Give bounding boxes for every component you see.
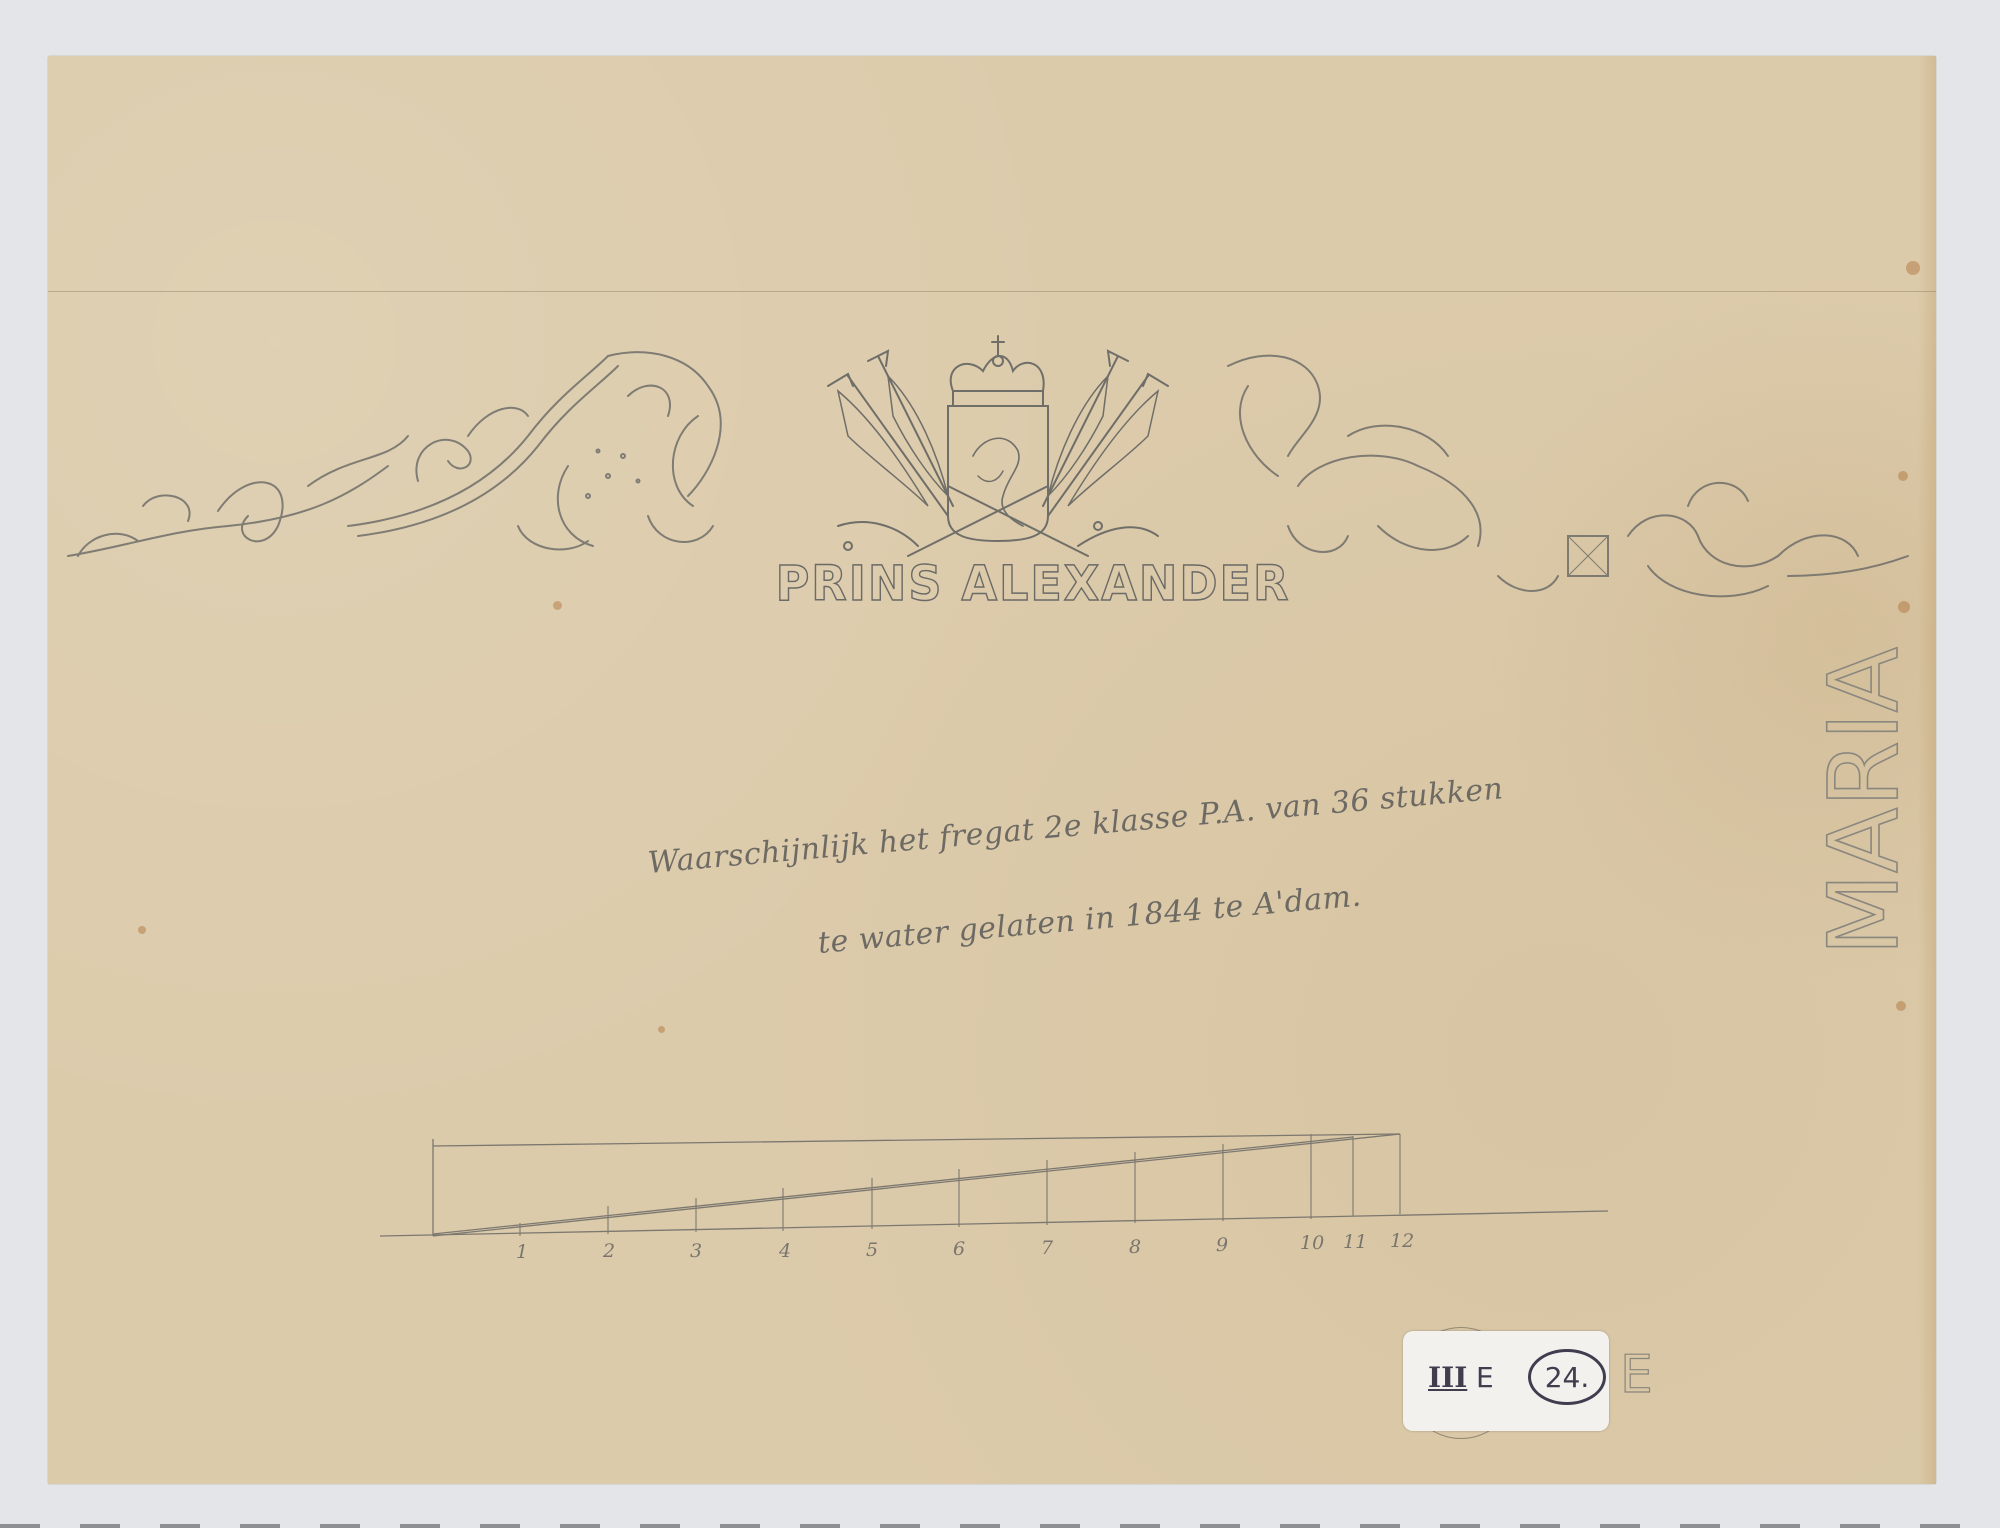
ruler-mark <box>80 1524 120 1528</box>
ruler-mark <box>480 1524 520 1528</box>
margin-scribble: MARIA <box>1808 647 1920 956</box>
ruler-mark <box>1360 1524 1400 1528</box>
ruler-mark <box>720 1524 760 1528</box>
scale-tick-label: 4 <box>779 1240 791 1262</box>
scale-tick-label: 2 <box>603 1240 615 1262</box>
ruler-mark <box>400 1524 440 1528</box>
ruler-mark <box>320 1524 360 1528</box>
left-scrollwork-icon <box>68 352 721 556</box>
ruler-mark <box>1200 1524 1240 1528</box>
ruler-mark <box>0 1524 40 1528</box>
ruler-mark <box>800 1524 840 1528</box>
ship-name-title: PRINS ALEXANDER <box>738 555 1328 612</box>
scale-tick-label: 12 <box>1390 1230 1414 1252</box>
ruler-mark <box>960 1524 1000 1528</box>
ruler-mark <box>160 1524 200 1528</box>
scan-ruler-marks <box>0 1522 2000 1528</box>
ruler-mark <box>1680 1524 1720 1528</box>
scale-tick-label: 8 <box>1129 1236 1141 1258</box>
right-scrollwork-icon <box>1228 356 1908 597</box>
scale-tick-label: 10 <box>1300 1232 1324 1254</box>
ruler-mark <box>1920 1524 1960 1528</box>
ruler-mark <box>240 1524 280 1528</box>
ruler-mark <box>1760 1524 1800 1528</box>
ruler-mark <box>640 1524 680 1528</box>
scale-tick-label: 1 <box>516 1241 528 1263</box>
ruler-mark <box>1600 1524 1640 1528</box>
coat-of-arms-icon <box>828 336 1168 556</box>
catalog-label-roman: III <box>1428 1361 1467 1394</box>
ruler-mark <box>1120 1524 1160 1528</box>
stamp-letter: E <box>1620 1345 1653 1405</box>
catalog-label-letter: E <box>1476 1361 1494 1394</box>
scale-tick-label: 3 <box>690 1240 702 1262</box>
ruler-mark <box>1440 1524 1480 1528</box>
ruler-mark <box>1520 1524 1560 1528</box>
scale-tick-label: 7 <box>1041 1237 1053 1259</box>
ruler-mark <box>560 1524 600 1528</box>
ruler-mark <box>1280 1524 1320 1528</box>
scale-tick-label: 6 <box>953 1238 965 1260</box>
scale-tick-label: 5 <box>866 1239 878 1261</box>
ruler-mark <box>880 1524 920 1528</box>
ornament-drawing <box>48 56 1936 1484</box>
ruler-mark <box>1040 1524 1080 1528</box>
ruler-mark <box>1840 1524 1880 1528</box>
catalog-label-number: 24. <box>1528 1349 1606 1405</box>
catalog-label: III E 24. <box>1403 1331 1609 1431</box>
scale-tick-label: 11 <box>1343 1231 1367 1253</box>
scale-tick-label: 9 <box>1216 1234 1228 1256</box>
paper-sheet: PRINS ALEXANDER Waarschijnlijk het frega… <box>48 56 1936 1484</box>
